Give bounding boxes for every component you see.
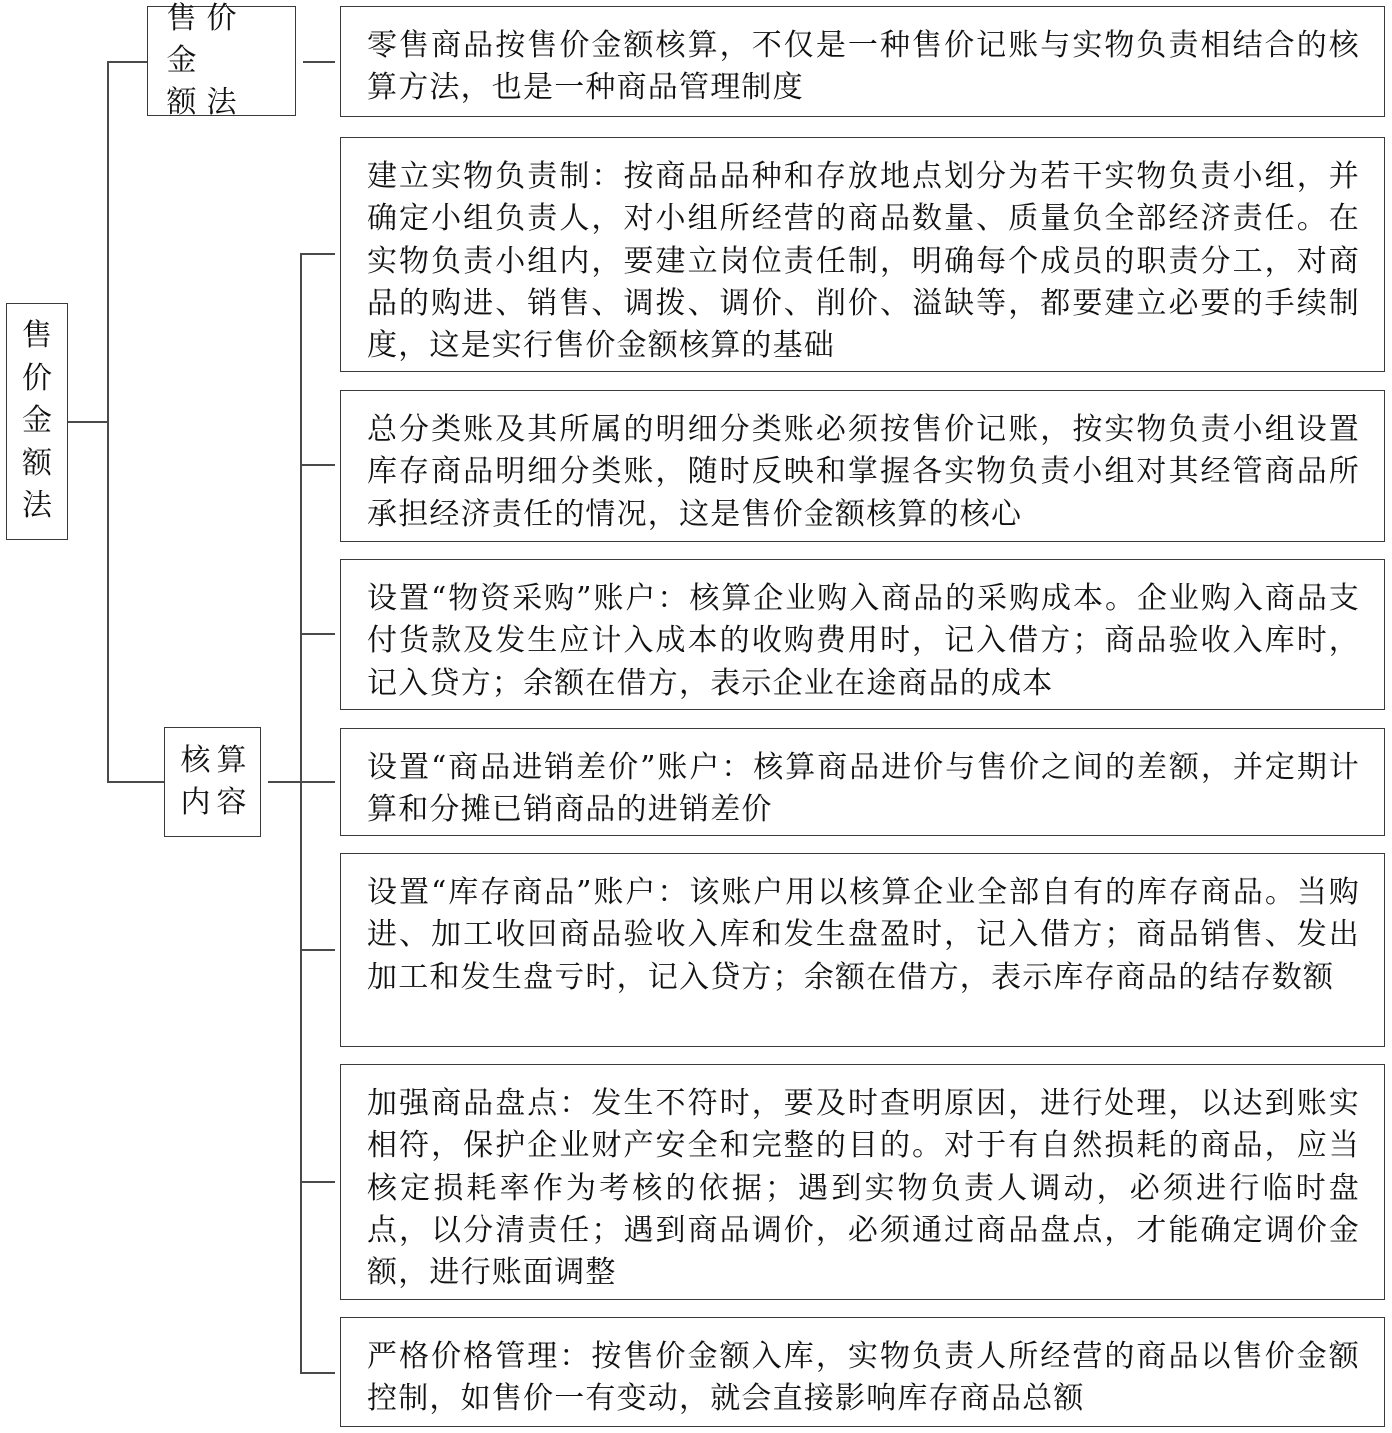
item-text: 加强商品盘点：发生不符时，要及时查明原因，进行处理，以达到账实相符，保护企业财产… (367, 1075, 1360, 1294)
definition-item: 零售商品按售价金额核算，不仅是一种售价记账与实物负责相结合的核算方法，也是一种商… (340, 6, 1385, 117)
content-item-price-difference-account: 设置“商品进销差价”账户：核算商品进价与售价之间的差额，并定期计算和分摊已销商品… (340, 728, 1385, 836)
content-item-physical-responsibility: 建立实物负责制：按商品品种和存放地点划分为若干实物负责小组，并确定小组负责人，对… (340, 137, 1385, 372)
root-char: 法 (22, 485, 52, 528)
item-text: 建立实物负责制：按商品品种和存放地点划分为若干实物负责小组，并确定小组负责人，对… (367, 148, 1360, 367)
item-text: 设置“库存商品”账户：该账户用以核算企业全部自有的库存商品。当购进、加工收回商品… (367, 864, 1360, 999)
connector-bracket-stub-3 (300, 633, 335, 635)
item-text: 严格价格管理：按售价金额入库，实物负责人所经营的商品以售价金额控制，如售价一有变… (367, 1328, 1360, 1421)
root-char: 金 (22, 400, 52, 443)
root-char: 价 (22, 358, 52, 401)
connector-bracket-stub-2 (300, 464, 335, 466)
connector-bracket-stub-6 (300, 1181, 335, 1183)
content-item-price-management: 严格价格管理：按售价金额入库，实物负责人所经营的商品以售价金额控制，如售价一有变… (340, 1317, 1385, 1427)
root-char: 额 (22, 443, 52, 486)
connector-bracket-stub-4 (300, 781, 335, 783)
branch-node-accounting-content: 核算 内容 (164, 727, 261, 837)
item-text: 总分类账及其所属的明细分类账必须按售价记账，按实物负责小组设置库存商品明细分类账… (367, 401, 1360, 536)
connector-root-to-trunk (68, 421, 108, 423)
branch-node-definition: 售价金 额法 (147, 6, 296, 116)
content-item-stocktaking: 加强商品盘点：发生不符时，要及时查明原因，进行处理，以达到账实相符，保护企业财产… (340, 1064, 1385, 1300)
connector-bracket-vertical (300, 253, 302, 1373)
connector-bracket-stub-5 (300, 949, 335, 951)
content-item-inventory-account: 设置“库存商品”账户：该账户用以核算企业全部自有的库存商品。当购进、加工收回商品… (340, 853, 1385, 1047)
content-item-ledger: 总分类账及其所属的明细分类账必须按售价记账，按实物负责小组设置库存商品明细分类账… (340, 390, 1385, 542)
content-item-purchase-account: 设置“物资采购”账户：核算企业购入商品的采购成本。企业购入商品支付货款及发生应计… (340, 559, 1385, 710)
branch-label: 售价金 额法 (167, 0, 285, 124)
connector-bracket-stub-1 (300, 253, 335, 255)
root-char: 售 (22, 315, 52, 358)
connector-trunk-to-branch-1 (107, 61, 147, 63)
connector-bracket-stub-7 (300, 1372, 335, 1374)
item-text: 设置“物资采购”账户：核算企业购入商品的采购成本。企业购入商品支付货款及发生应计… (367, 570, 1360, 705)
branch-label: 核算 内容 (181, 740, 253, 824)
item-text: 设置“商品进销差价”账户：核算商品进价与售价之间的差额，并定期计算和分摊已销商品… (367, 739, 1360, 832)
item-text: 零售商品按售价金额核算，不仅是一种售价记账与实物负责相结合的核算方法，也是一种商… (367, 17, 1360, 110)
connector-trunk-vertical (107, 61, 109, 782)
root-node: 售 价 金 额 法 (6, 303, 68, 540)
connector-branch-1-to-item (303, 61, 335, 63)
connector-trunk-to-branch-2 (107, 781, 164, 783)
